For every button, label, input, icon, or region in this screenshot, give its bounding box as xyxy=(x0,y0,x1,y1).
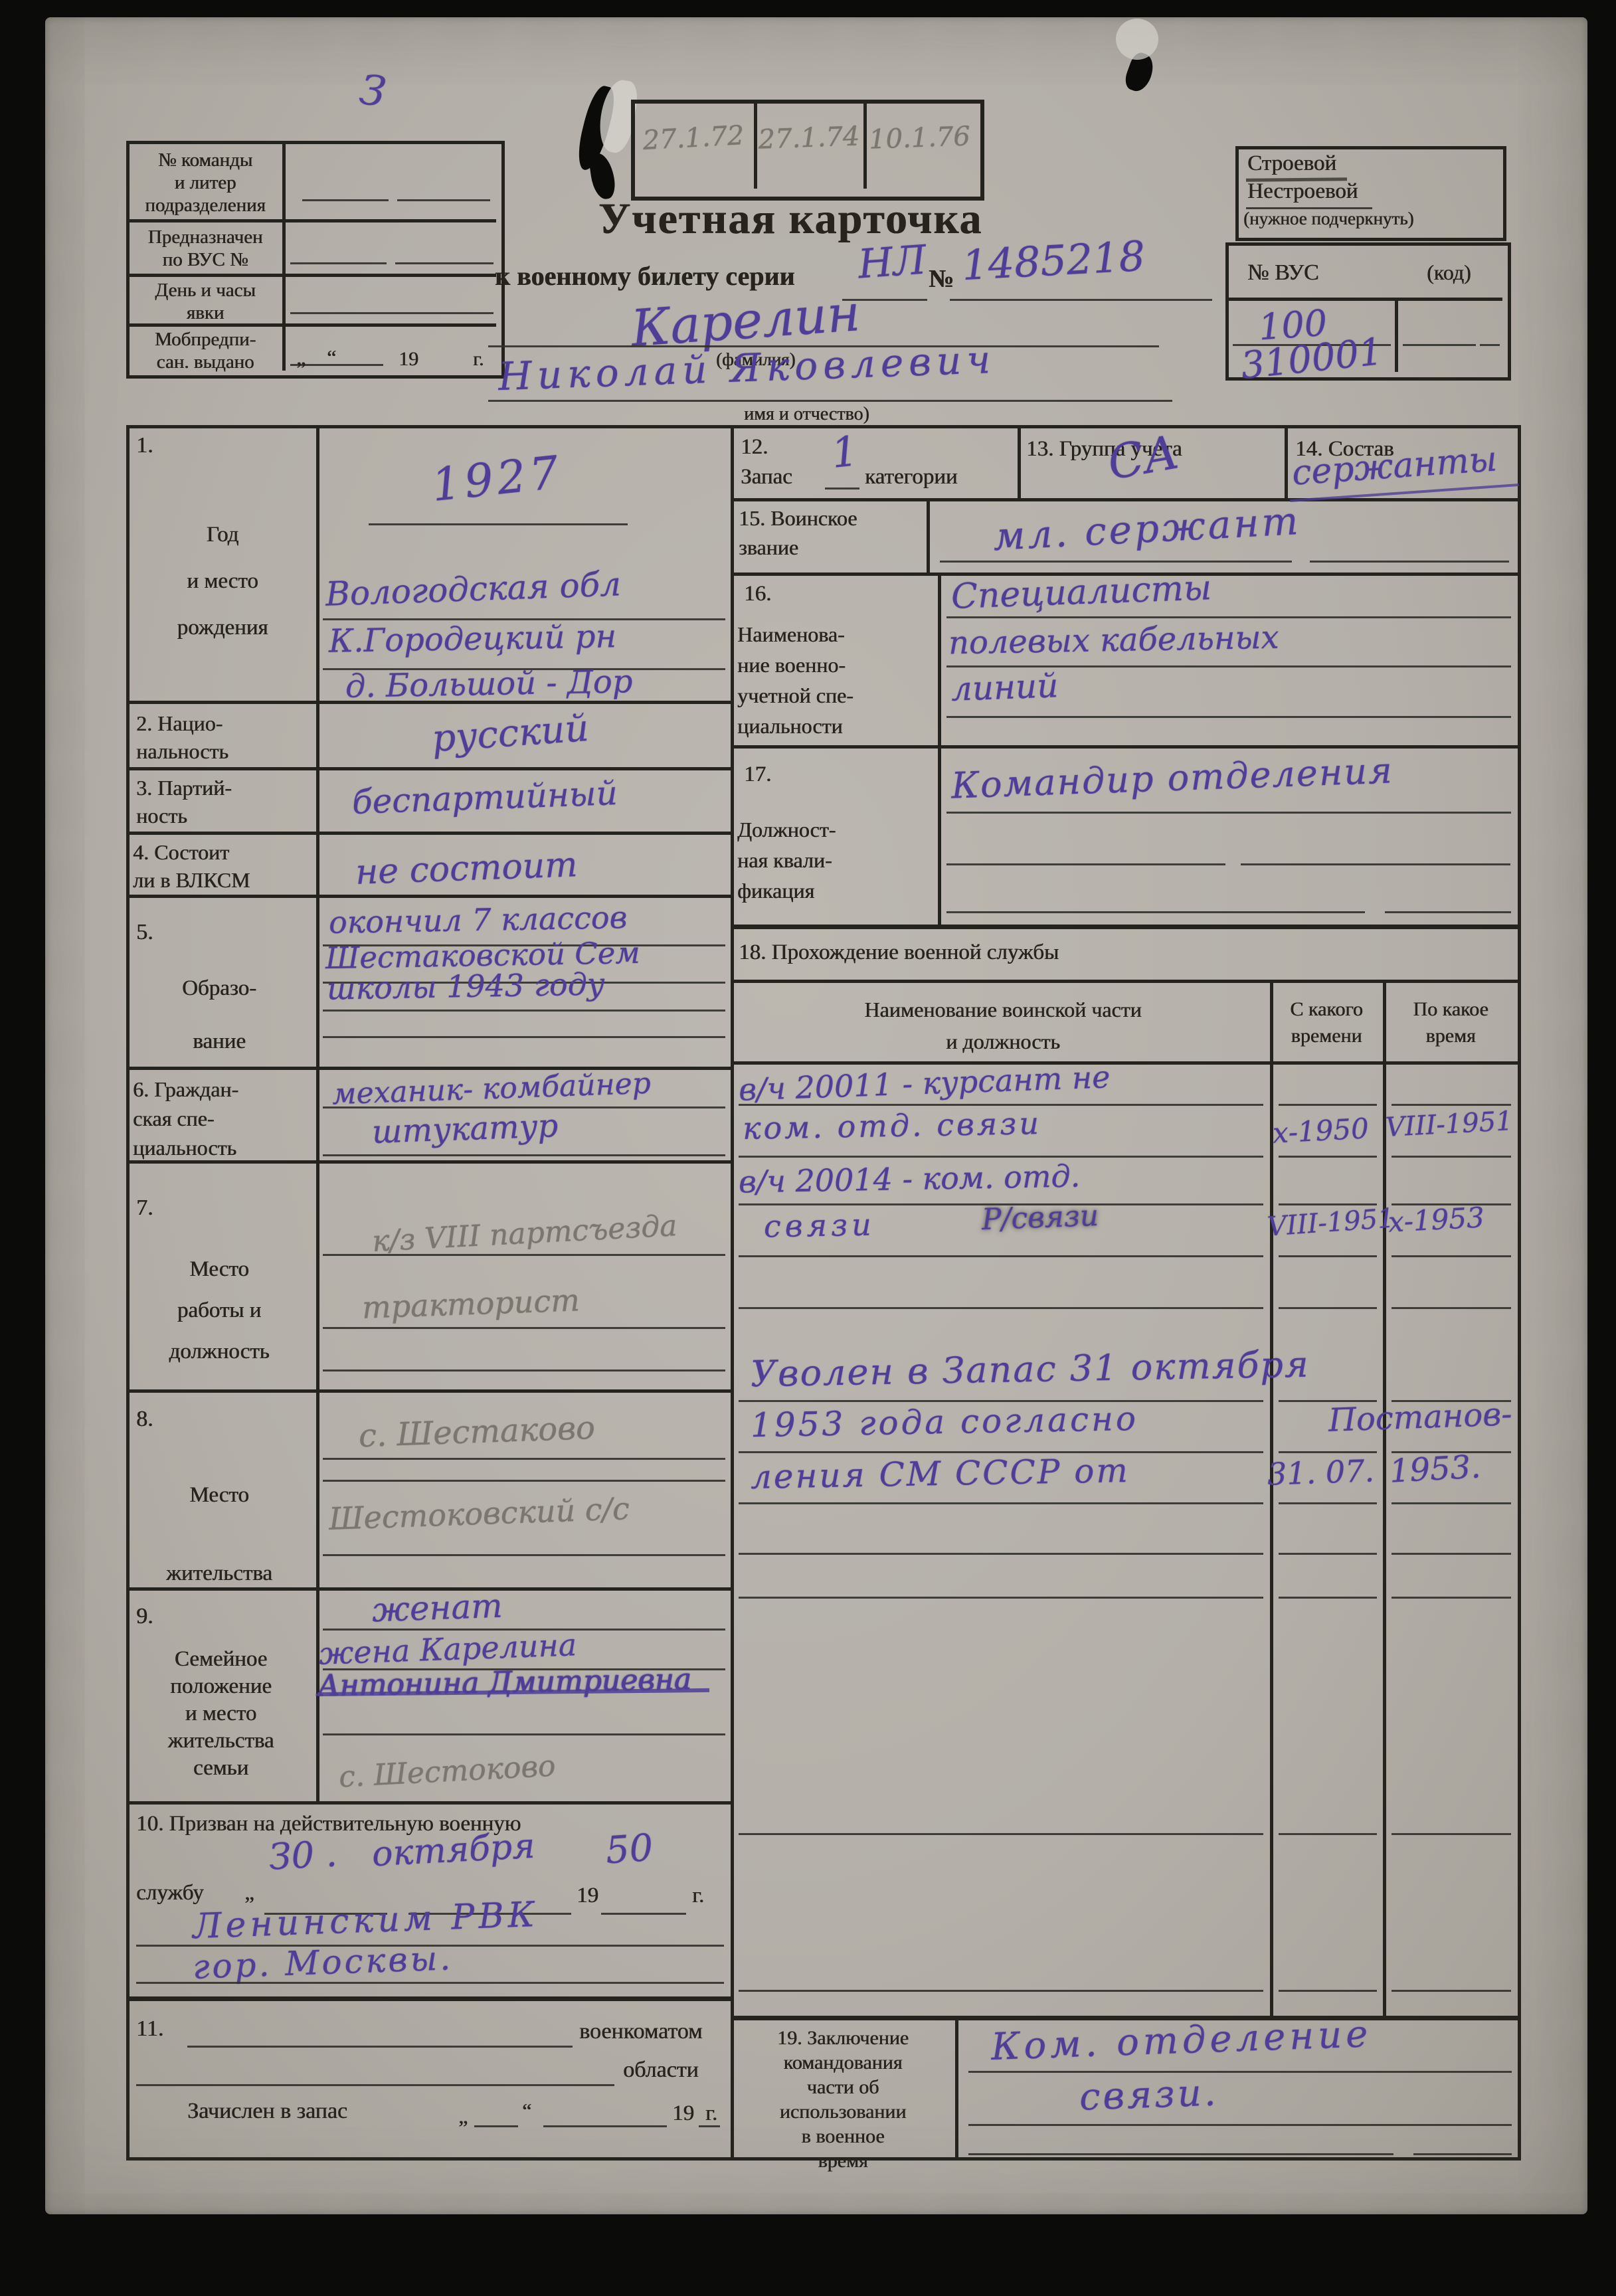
schedule-label-1: № команды и литер подразделения xyxy=(132,149,279,217)
row17-rule xyxy=(946,812,1511,814)
serial-prefix: к военному билету серии xyxy=(495,260,794,292)
table-border-right xyxy=(1518,425,1521,2161)
row17-rule xyxy=(946,863,1225,865)
row10-day: З0 . xyxy=(268,1832,338,1878)
row15-rule xyxy=(1310,561,1509,563)
vus-code-caption: (код) xyxy=(1427,260,1471,285)
service-rule xyxy=(1392,1833,1511,1835)
row11-g: г. xyxy=(705,2101,717,2126)
row11-oblasti: области xyxy=(623,2058,699,2083)
row11-zachislen: Зачислен в запас xyxy=(187,2099,347,2124)
service-rule xyxy=(1392,1255,1511,1257)
service-rule xyxy=(1279,1502,1377,1504)
service-rule xyxy=(739,1553,1263,1555)
row1-number: 1. xyxy=(136,433,153,458)
service-e1-name2: ком. отд. связи xyxy=(743,1105,1042,1146)
row17-rule xyxy=(1385,911,1511,913)
service-note-line2b: Постанов- xyxy=(1328,1395,1512,1439)
service-rule xyxy=(1392,1307,1511,1309)
row15-rule xyxy=(940,561,1292,563)
row11-voenkomatom: военкоматом xyxy=(579,2019,702,2044)
row11-rule xyxy=(474,2125,518,2127)
service-rule xyxy=(1279,1255,1377,1257)
row11-year-prefix: 19 xyxy=(672,2101,694,2126)
row7-label: Место работы и должность xyxy=(133,1249,306,1372)
row10-g: г. xyxy=(692,1884,704,1908)
row10-text2: службу xyxy=(136,1881,204,1905)
row17-rule xyxy=(946,911,1365,913)
blank-line xyxy=(395,262,494,264)
blank-line xyxy=(302,199,389,201)
left-label-divider xyxy=(316,425,319,1801)
service-rule xyxy=(1279,1553,1377,1555)
service-rule xyxy=(739,1156,1263,1158)
schedule-label-4: Мобпредпи- сан. выдано xyxy=(132,328,279,373)
row17-number: 17. xyxy=(744,762,771,787)
service-rule xyxy=(1279,1104,1377,1106)
blank-line xyxy=(290,262,387,264)
row7-line2: тракторист xyxy=(361,1282,580,1325)
vus-header: № ВУС xyxy=(1247,260,1319,286)
section19-label: 19. Заключение командования части об исп… xyxy=(733,2026,952,2173)
service-col1-header: Наименование воинской части и должность xyxy=(751,994,1255,1057)
scanned-military-card: З № команды и литер подразделения Предна… xyxy=(0,0,1616,2296)
stamp-date-3: 10.1.76 xyxy=(864,121,975,155)
row11-rule xyxy=(543,2125,667,2127)
row-sep-thick xyxy=(731,925,1520,929)
row5-number: 5. xyxy=(136,920,153,945)
row9-line3: Антонина Дмитриевна xyxy=(317,1662,692,1703)
vus-header-sep xyxy=(1227,298,1502,301)
service-e2-name1: в/ч 20014 - ком. отд. xyxy=(739,1158,1081,1200)
row11-quote-open: „ xyxy=(458,2104,468,2129)
row12-13-divider xyxy=(1018,425,1021,498)
row7-rule xyxy=(323,1254,725,1256)
row12-number: 12. xyxy=(741,435,768,460)
service-col3-header: По какое время xyxy=(1386,996,1516,1049)
row1-line xyxy=(369,523,628,525)
section19-rule xyxy=(968,2124,1512,2126)
row2-label: 2. Нацио- нальность xyxy=(136,709,228,765)
row10-quote-open: „ xyxy=(244,1881,254,1905)
row10-year: 50 xyxy=(604,1826,655,1873)
row16-line2: полевых кабельных xyxy=(948,619,1280,662)
row5-line3: школы 1943 году xyxy=(327,966,605,1006)
service-note-line2a: 1953 года согласно xyxy=(751,1399,1139,1445)
service-rule xyxy=(1279,1833,1377,1835)
service-rule xyxy=(739,1597,1263,1599)
service-col2-header: С какого времени xyxy=(1273,996,1380,1049)
service-rule xyxy=(1392,1502,1511,1504)
schedule-g: г. xyxy=(473,348,484,371)
row10-month: октября xyxy=(371,1826,536,1875)
row3-label: 3. Партий- ность xyxy=(136,774,232,830)
section19-divider xyxy=(955,2016,958,2161)
section19-rule xyxy=(968,2153,1393,2155)
row15-divider xyxy=(927,498,930,573)
service-note-line3b: 31. 07. xyxy=(1267,1453,1375,1492)
row-sep-thick xyxy=(128,1996,731,2001)
row1-birthplace-2: К.Городецкий рн xyxy=(329,618,617,660)
service-rule xyxy=(1392,1990,1511,1992)
schedule-label-3: День и часы явки xyxy=(132,279,279,324)
row16-line3: линий xyxy=(950,666,1059,709)
row6-label: 6. Граждан- ская спе- циальность xyxy=(133,1075,238,1162)
row12-value: 1 xyxy=(829,426,860,478)
service-note-line3c: 1953. xyxy=(1389,1448,1482,1490)
service-rule xyxy=(1392,1597,1511,1599)
row-sep xyxy=(731,498,1520,501)
service-rule xyxy=(739,1833,1263,1835)
service-table-top xyxy=(731,980,1520,983)
section19-rule xyxy=(968,2071,1512,2073)
service-rule xyxy=(1279,1597,1377,1599)
row-sep xyxy=(128,767,731,770)
service-rule xyxy=(739,1990,1263,1992)
row7-rule xyxy=(323,1327,725,1329)
row6-line2: штукатур xyxy=(371,1107,559,1151)
row16-number: 16. xyxy=(744,582,771,606)
row16-divider xyxy=(938,573,941,745)
row-sep xyxy=(128,832,731,835)
row12-blank xyxy=(825,487,859,489)
row15-label: 15. Воинское звание xyxy=(739,503,857,562)
row7-rule xyxy=(323,1369,725,1371)
row8-rule xyxy=(323,1458,725,1460)
stamp-date-1: 27.1.72 xyxy=(634,120,753,156)
row11-rule xyxy=(136,2084,614,2086)
row10-year-prefix: 19 xyxy=(577,1884,598,1908)
table-center-divider xyxy=(731,425,734,2161)
serial-underline xyxy=(950,299,1212,301)
service-rule xyxy=(1392,1553,1511,1555)
row10-rule xyxy=(601,1913,686,1915)
name-line xyxy=(488,400,1172,402)
row11-rule xyxy=(187,2046,573,2048)
stroevoi-option2: Нестроевой xyxy=(1247,179,1358,204)
schedule-row-sep xyxy=(128,274,496,277)
serial-number-value: 1485218 xyxy=(960,232,1146,290)
schedule-label-2: Предназначен по ВУС № xyxy=(132,226,279,271)
schedule-quote-open: „ xyxy=(296,345,306,370)
schedule-row-sep xyxy=(128,219,496,222)
row12-label2: категории xyxy=(865,465,957,489)
service-rule xyxy=(1392,1156,1511,1158)
row1-label: Год и место рождения xyxy=(133,511,312,651)
row7-number: 7. xyxy=(136,1195,153,1221)
service-rule xyxy=(1279,1990,1377,1992)
service-note-line3a: ления СМ СССР от xyxy=(751,1451,1130,1496)
row8-rule xyxy=(323,1554,725,1556)
vus-mid-line xyxy=(1403,344,1476,346)
row13-14-divider xyxy=(1285,425,1288,498)
card-title: Учетная карточка xyxy=(551,194,1030,244)
row16-rule xyxy=(946,616,1511,618)
service-e2-name2b: Р/связи xyxy=(981,1199,1099,1237)
row11-quote-close: “ xyxy=(522,2099,531,2123)
row-sep xyxy=(128,1389,731,1393)
schedule-year19: 19 xyxy=(399,348,418,371)
stroevoi-option1: Строевой xyxy=(1247,151,1336,176)
vus-mid-line xyxy=(1480,344,1500,346)
row16-rule xyxy=(946,716,1511,718)
row-sep xyxy=(128,895,731,898)
row17-rule xyxy=(1241,863,1510,865)
stroevoi-note: (нужное подчеркнуть) xyxy=(1243,209,1413,229)
stamp-date-2: 27.1.74 xyxy=(755,121,863,155)
serial-series-value: НЛ xyxy=(857,237,928,288)
row11-number: 11. xyxy=(136,2016,163,2042)
row17-divider xyxy=(938,745,941,925)
row6-rule xyxy=(323,1154,725,1156)
paper-nick-highlight xyxy=(1116,19,1158,60)
service-rule xyxy=(1392,1104,1511,1106)
section19-top xyxy=(731,2016,1520,2020)
row16-label: Наименова- ние военно- учетной спе- циал… xyxy=(737,619,853,741)
row8-rule xyxy=(323,1480,725,1482)
row12-label1: Запас xyxy=(741,465,792,489)
schedule-box-divider xyxy=(282,142,286,371)
row-sep xyxy=(128,1801,731,1805)
service-header-sep xyxy=(731,1061,1520,1065)
schedule-quote-close: “ xyxy=(327,345,336,370)
row9-number: 9. xyxy=(136,1604,153,1629)
row10-rule xyxy=(136,1982,724,1984)
row4-label: 4. Состоит ли в ВЛКСМ xyxy=(133,838,250,894)
row4-value: не состоит xyxy=(355,845,578,893)
row5-line1: окончил 7 классов xyxy=(329,899,628,940)
service-e1-from: х-1950 xyxy=(1272,1112,1370,1150)
service-rule xyxy=(739,1502,1263,1504)
row5-rule xyxy=(323,1010,725,1012)
table-border-left xyxy=(126,425,130,2161)
row9-label: Семейное положение и место жительства се… xyxy=(133,1646,309,1782)
service-rule xyxy=(1279,1307,1377,1309)
vus-col-divider xyxy=(1395,300,1398,372)
service-rule xyxy=(739,1307,1263,1309)
section19-line2: связи. xyxy=(1079,2071,1219,2119)
section19-rule xyxy=(1413,2153,1512,2155)
row5-label: Образо- вание xyxy=(136,962,302,1068)
section18-title: 18. Прохождение военной службы xyxy=(739,940,1059,965)
service-rule xyxy=(739,1255,1263,1257)
service-rule xyxy=(1279,1156,1377,1158)
row1-birthplace-3: д. Большой - Дор xyxy=(345,663,633,705)
name-caption: имя и отчество) xyxy=(744,404,869,425)
row8-number: 8. xyxy=(136,1407,153,1432)
row8-label: Место жительства xyxy=(133,1456,306,1613)
row9-line1: женат xyxy=(371,1587,503,1630)
row-sep xyxy=(731,745,1520,749)
table-border-top xyxy=(126,425,1521,428)
service-e2-name2: связи xyxy=(764,1207,876,1245)
row9-rule xyxy=(323,1733,725,1735)
numero-sign: № xyxy=(929,264,954,294)
row17-label: Должност- ная квали- фикация xyxy=(737,814,836,906)
blank-line xyxy=(290,312,494,314)
row5-rule xyxy=(323,1036,725,1038)
blank-line xyxy=(397,199,490,201)
service-e2-to: х-1953 xyxy=(1388,1201,1485,1239)
